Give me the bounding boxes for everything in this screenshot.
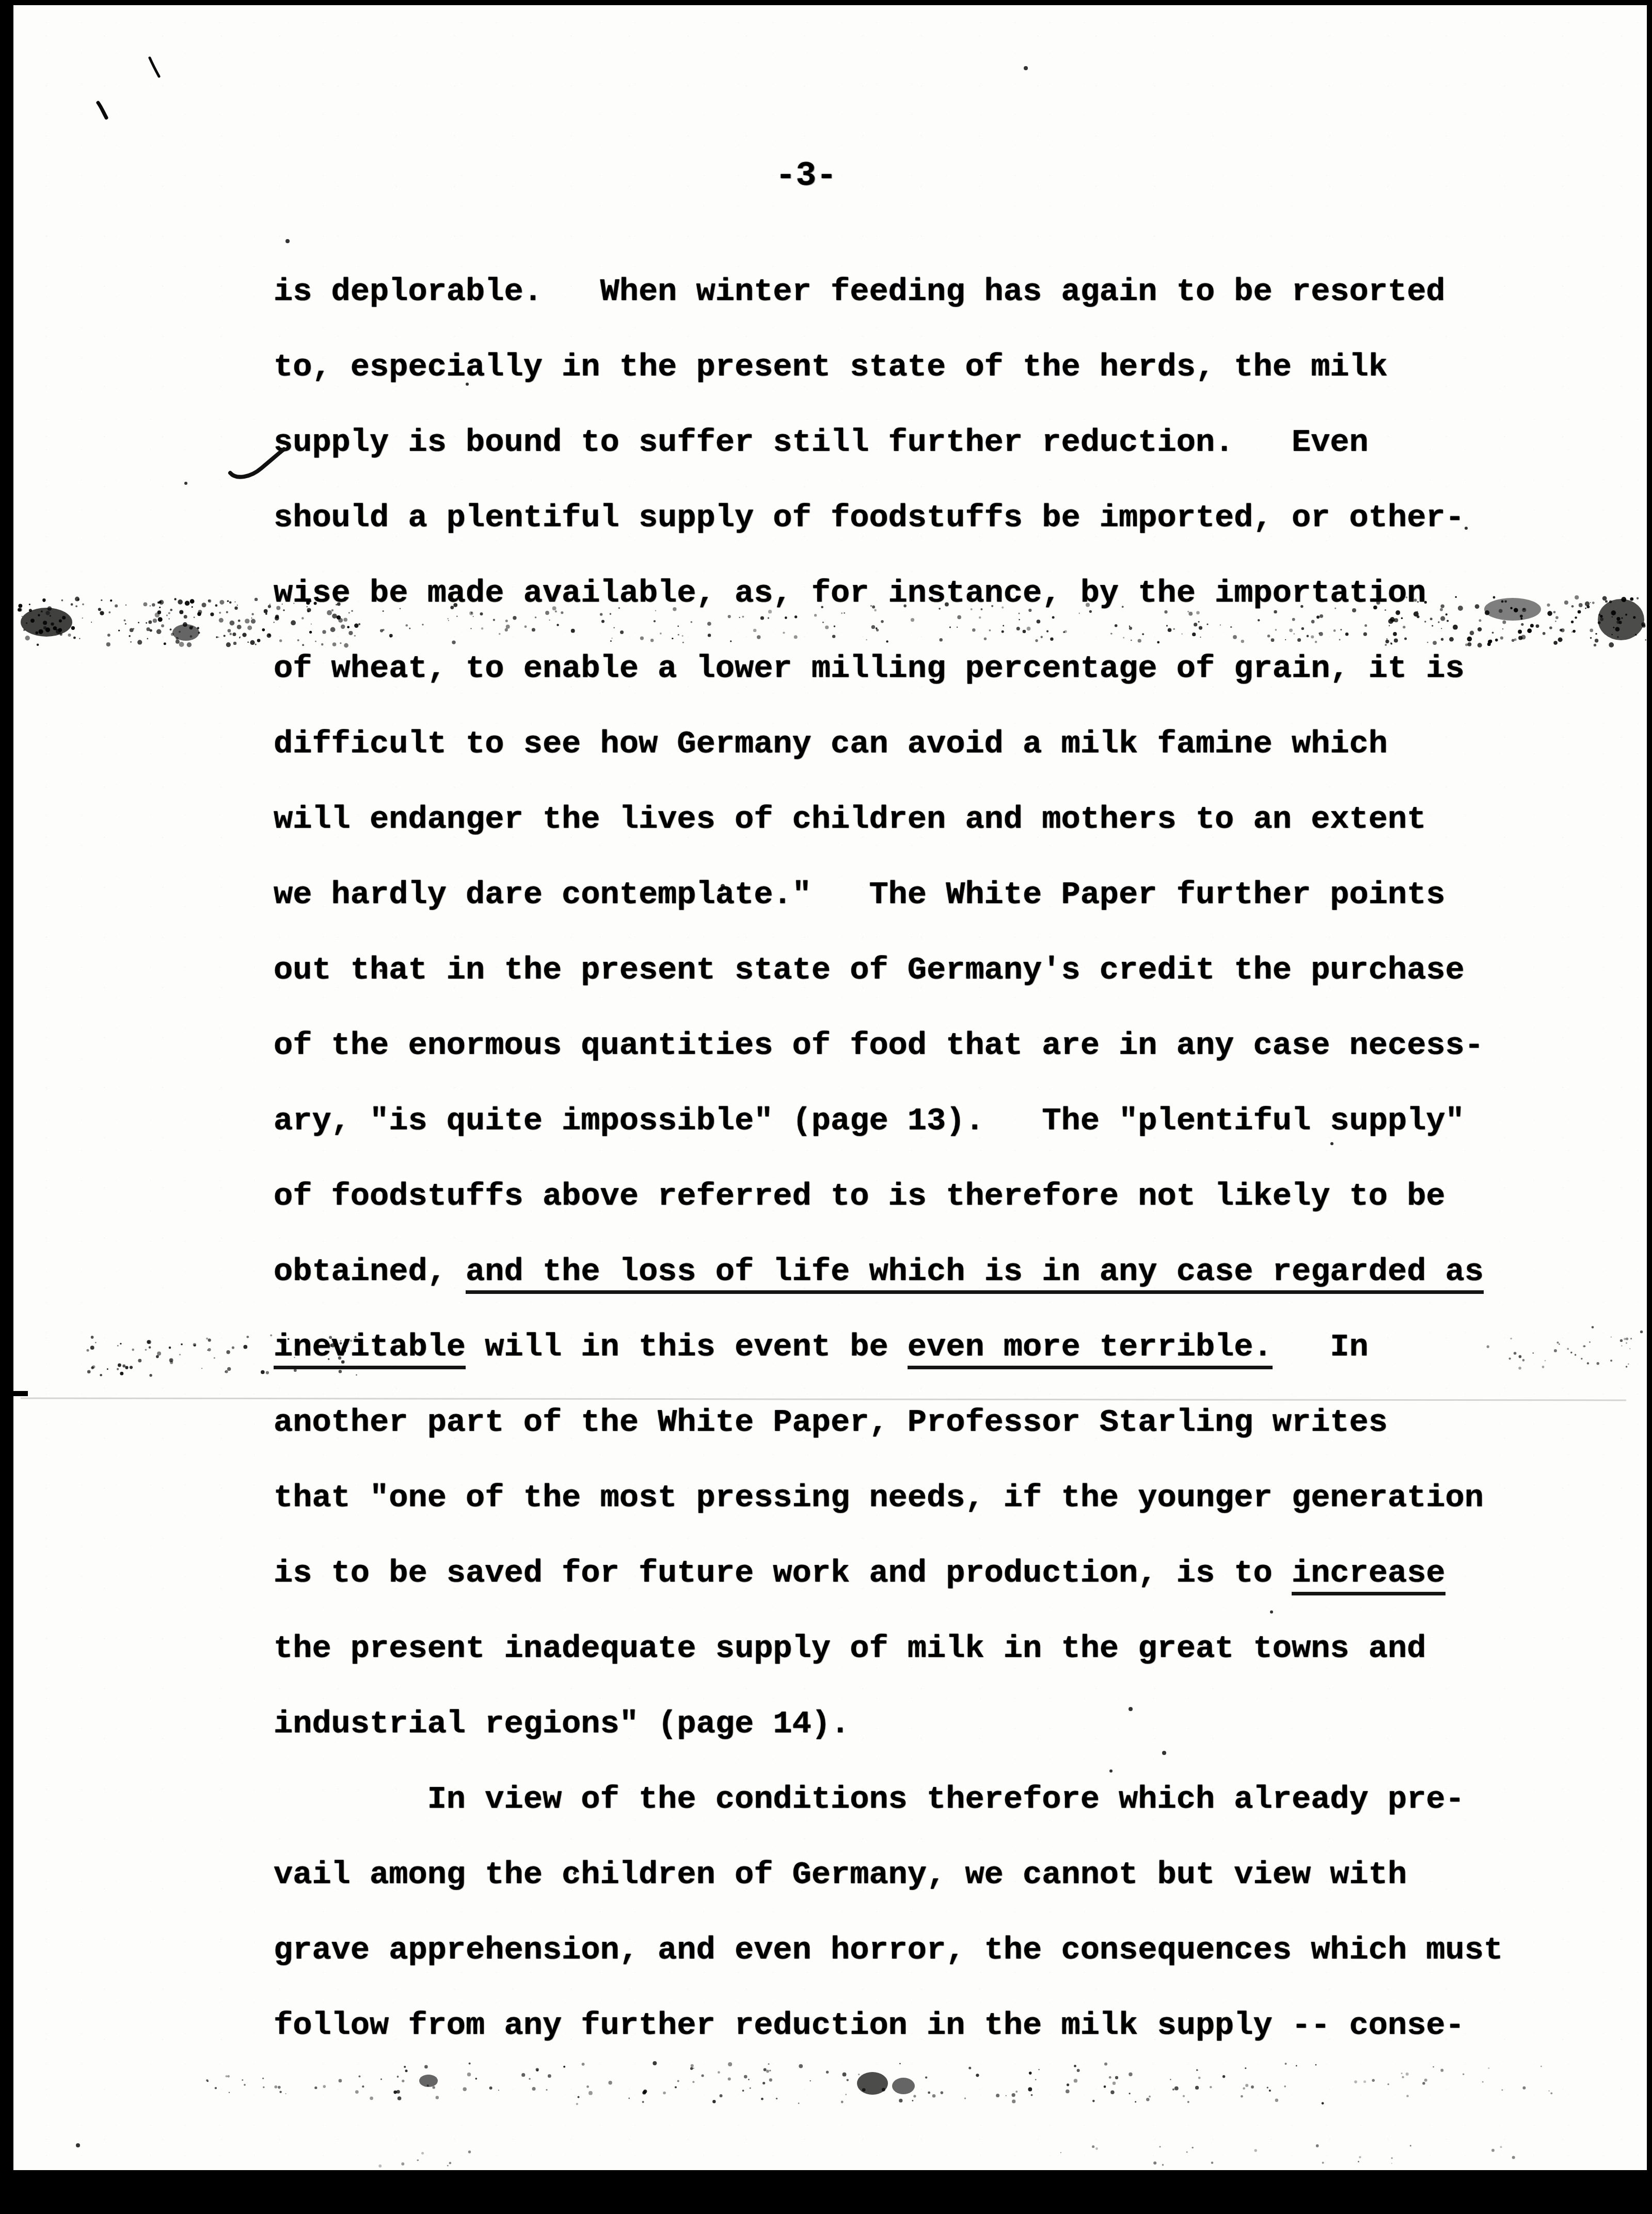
- document-page: [13, 5, 1647, 2170]
